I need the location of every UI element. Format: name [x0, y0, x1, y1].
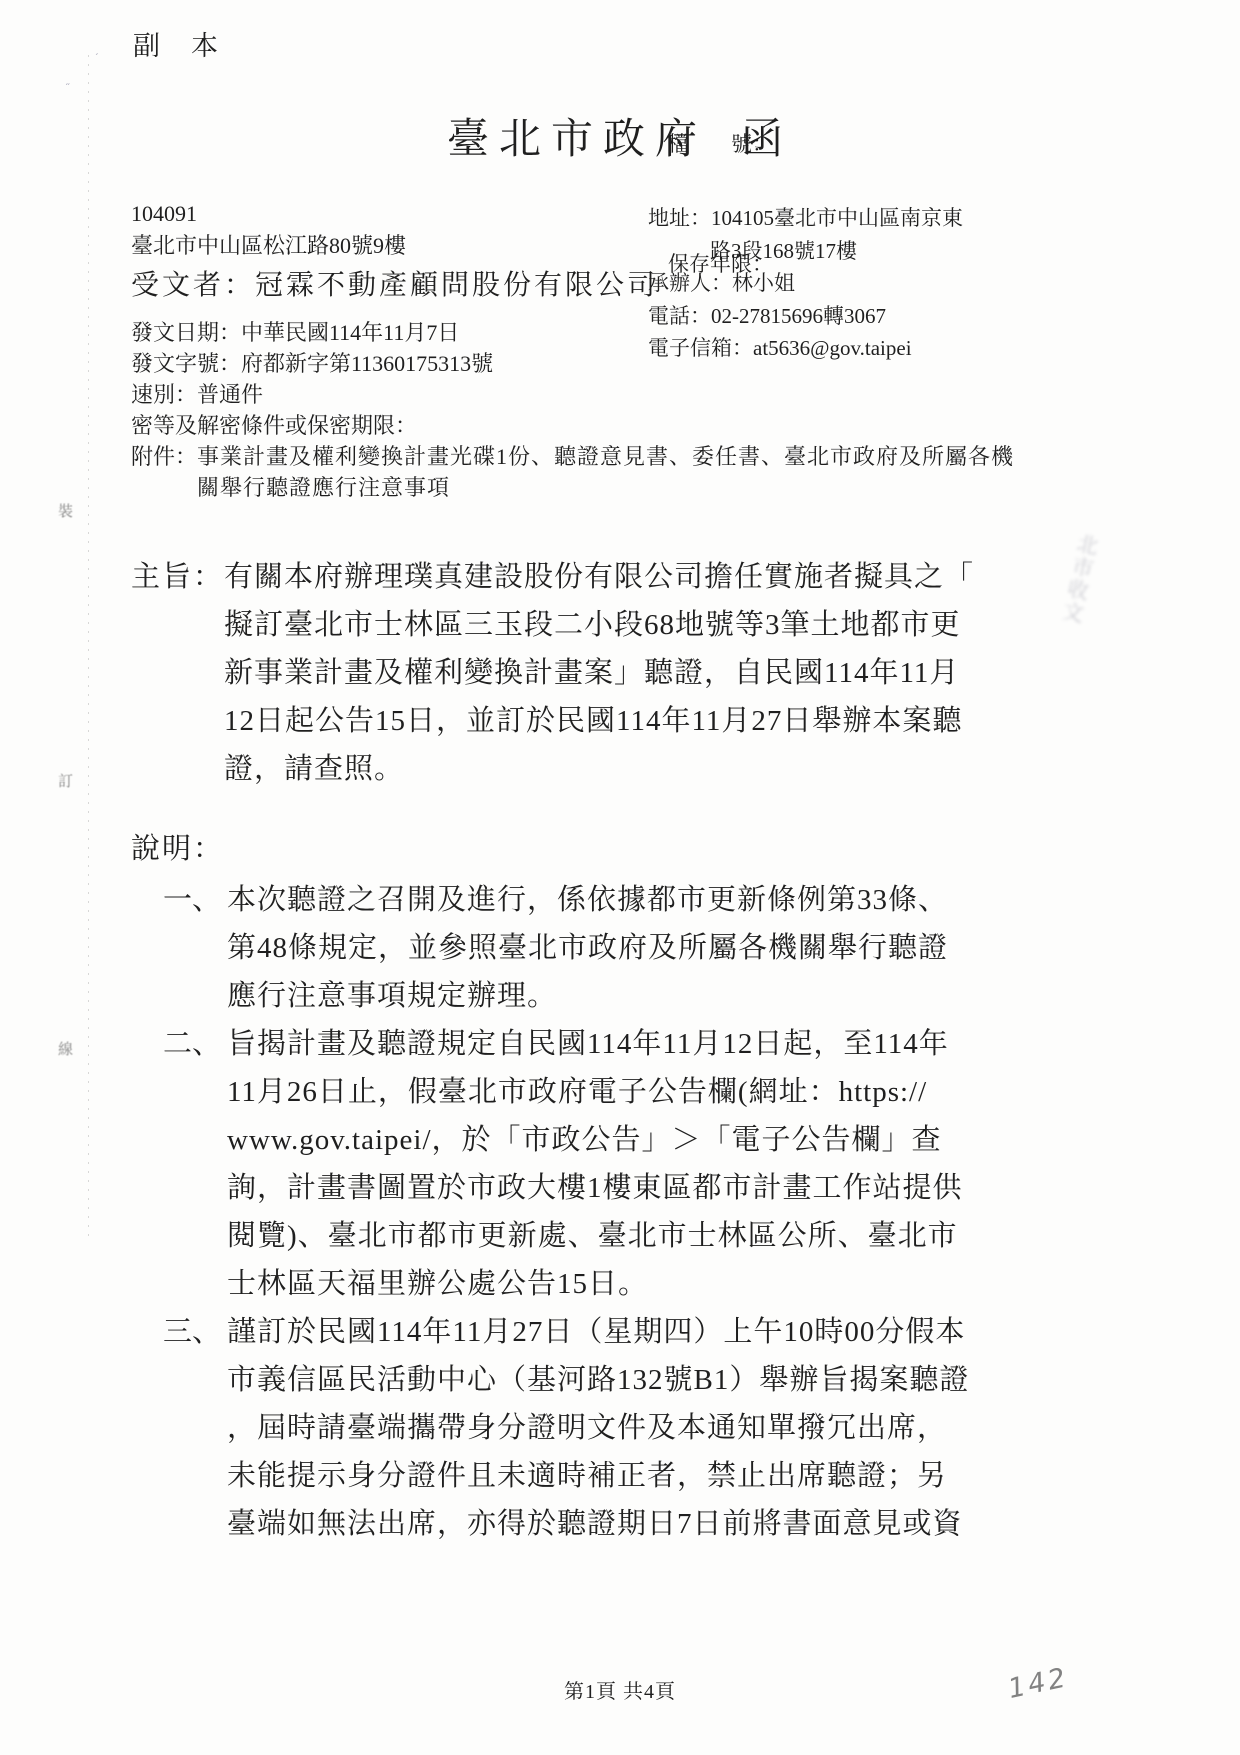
item-text: 本次聽證之召開及進行，係依據都市更新條例第33條、 第48條規定，並參照臺北市政… — [227, 876, 948, 1020]
delivery-speed: 速別：普通件 — [131, 379, 1031, 410]
binding-mark-xian: 線 — [58, 1038, 73, 1059]
attachments-label: 附件： — [131, 441, 197, 503]
security-classification: 密等及解密條件或保密期限： — [131, 410, 1031, 441]
description-item-3: 三、 謹訂於民國114年11月27日（星期四）上午10時00分假本 市義信區民活… — [163, 1308, 1043, 1548]
recipient-name: 受文者：冠霖不動產顧問股份有限公司 — [131, 264, 658, 308]
subject-section: 主旨： 有關本府辦理璞真建設股份有限公司擔任實施者擬具之「 擬訂臺北市士林區三玉… — [131, 553, 1031, 793]
subject-text: 有關本府辦理璞真建設股份有限公司擔任實施者擬具之「 擬訂臺北市士林區三玉段二小段… — [224, 553, 974, 793]
binding-mark-ding: 訂 — [58, 770, 73, 791]
document-meta-block: 發文日期：中華民國114年11月7日 發文字號：府都新字第11360175313… — [131, 317, 1031, 503]
binding-mark-zhuang: 裝 — [58, 500, 73, 521]
item-number: 一、 — [163, 876, 227, 1020]
scan-speck: ˊ — [95, 52, 99, 64]
document-page: 裝 訂 線 ˊ ˝ 副 本 檔 號： 保存年限： 臺北市政府函 104091 臺… — [0, 0, 1240, 1755]
description-item-1: 一、 本次聽證之召開及進行，係依據都市更新條例第33條、 第48條規定，並參照臺… — [163, 876, 1043, 1020]
attachments-row: 附件： 事業計畫及權利變換計畫光碟1份、聽證意見書、委任書、臺北市政府及所屬各機… — [131, 441, 1031, 503]
binding-dotted-line — [88, 55, 89, 1240]
description-item-2: 二、 旨揭計畫及聽證規定自民國114年11月12日起，至114年 11月26日止… — [163, 1020, 1043, 1308]
item-text: 謹訂於民國114年11月27日（星期四）上午10時00分假本 市義信區民活動中心… — [227, 1308, 969, 1548]
recipient-address: 臺北市中山區松江路80號9樓 — [131, 230, 658, 262]
attachments-list: 事業計畫及權利變換計畫光碟1份、聽證意見書、委任書、臺北市政府及所屬各機 關舉行… — [197, 441, 1014, 503]
description-items: 一、 本次聽證之召開及進行，係依據都市更新條例第33條、 第48條規定，並參照臺… — [163, 876, 1043, 1548]
recipient-zip: 104091 — [131, 198, 658, 230]
scan-speck: ˝ — [66, 82, 70, 94]
sender-address-line1: 地址：104105臺北市中山區南京東 — [648, 202, 963, 235]
doc-type: 函 — [741, 117, 793, 163]
document-number: 發文字號：府都新字第11360175313號 — [131, 348, 1031, 379]
copy-type-label: 副 本 — [133, 24, 220, 63]
description-label: 說明： — [131, 826, 224, 867]
recipient-block: 104091 臺北市中山區松江路80號9樓 受文者：冠霖不動產顧問股份有限公司 — [131, 198, 658, 308]
sender-contact-person: 承辦人：林小姐 — [648, 267, 963, 300]
sender-address-line2: 路3段168號17樓 — [648, 235, 963, 268]
item-number: 二、 — [163, 1020, 227, 1308]
item-text: 旨揭計畫及聽證規定自民國114年11月12日起，至114年 11月26日止，假臺… — [227, 1020, 963, 1308]
document-title: 臺北市政府函 — [0, 106, 1240, 166]
issue-date: 發文日期：中華民國114年11月7日 — [131, 317, 1031, 348]
issuing-org: 臺北市政府 — [447, 117, 707, 163]
subject-label: 主旨： — [131, 553, 224, 793]
item-number: 三、 — [163, 1308, 227, 1548]
